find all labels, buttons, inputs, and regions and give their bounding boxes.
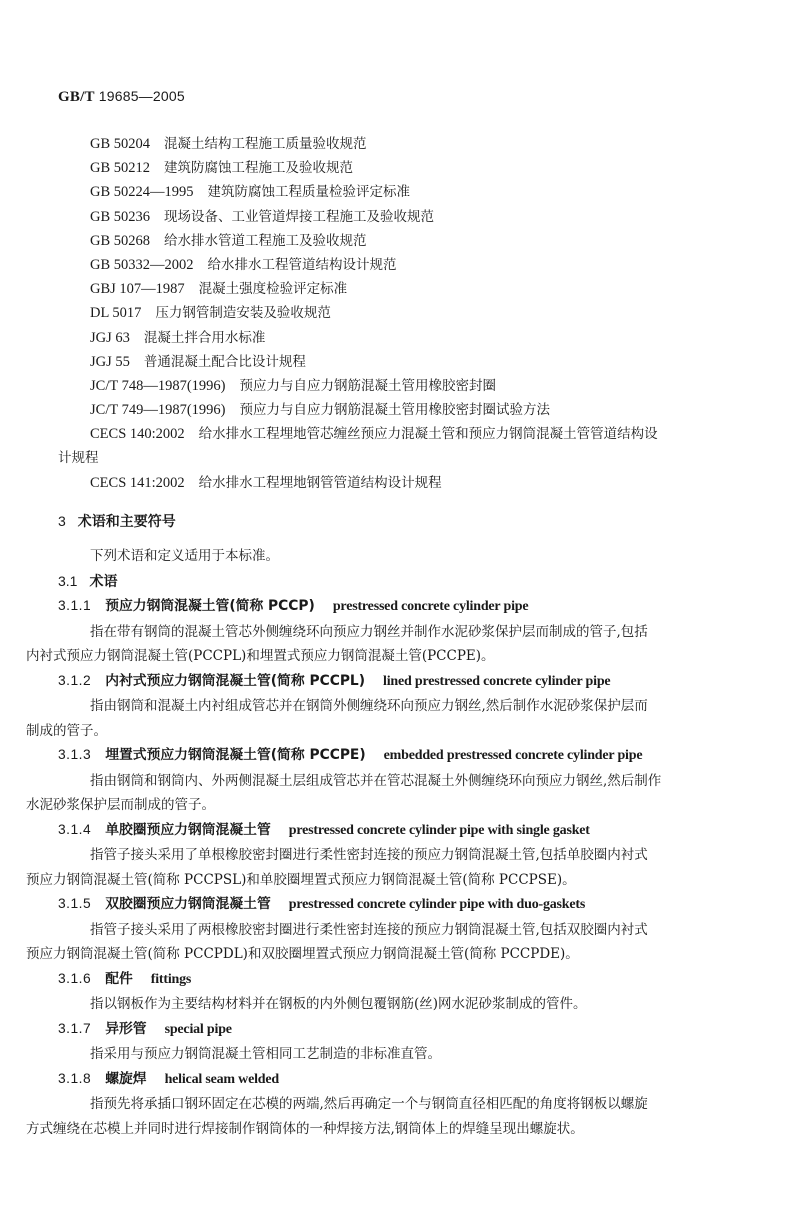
reference-item: GBJ 107—1987混凝土强度检验评定标准	[90, 277, 770, 301]
term-number: 3.1.8	[58, 1071, 91, 1086]
term-en: lined prestressed concrete cylinder pipe	[383, 674, 610, 689]
reference-item: JC/T 748—1987(1996)预应力与自应力钢筋混凝土管用橡胶密封圈	[90, 374, 770, 398]
term-heading: 3.1.4单胶圈预应力钢筒混凝土管prestressed concrete cy…	[58, 818, 758, 844]
reference-code: JGJ 63	[90, 330, 130, 346]
term-heading: 3.1.7异形管special pipe	[58, 1017, 758, 1043]
reference-item: CECS 140:2002给水排水工程埋地管芯缠丝预应力混凝土管和预应力钢筒混凝…	[90, 422, 770, 446]
term-heading: 3.1.5双胶圈预应力钢筒混凝土管prestressed concrete cy…	[58, 892, 758, 918]
term-number: 3.1.5	[58, 896, 91, 911]
reference-code: GBJ 107—1987	[90, 281, 185, 297]
reference-title: 预应力与自应力钢筋混凝土管用橡胶密封圈试验方法	[239, 402, 550, 418]
standard-prefix: GB/T	[58, 89, 95, 105]
reference-title: 建筑防腐蚀工程施工及验收规范	[164, 160, 353, 176]
term-definition: 指在带有钢筒的混凝土管芯外侧缠绕环向预应力钢丝并制作水泥砂浆保护层而制成的管子,…	[58, 620, 758, 669]
reference-title-continuation: 计规程	[58, 450, 99, 466]
term-en: special pipe	[165, 1022, 232, 1037]
term-heading: 3.1.3埋置式预应力钢筒混凝土管(简称 PCCPE)embedded pres…	[58, 743, 758, 769]
section-number: 3	[58, 513, 66, 529]
term-heading: 3.1.2内衬式预应力钢筒混凝土管(简称 PCCPL)lined prestre…	[58, 669, 758, 695]
term-number: 3.1.1	[58, 598, 91, 613]
reference-item: JGJ 63混凝土拌合用水标准	[90, 326, 770, 350]
term-zh: 螺旋焊	[105, 1071, 146, 1087]
page-header: GB/T 19685—2005	[58, 88, 185, 106]
reference-code: GB 50212	[90, 160, 150, 176]
reference-item: CECS 141:2002给水排水工程埋地钢管管道结构设计规程	[90, 471, 770, 495]
reference-title: 普通混凝土配合比设计规程	[144, 354, 306, 370]
reference-title: 混凝土强度检验评定标准	[199, 281, 348, 297]
term-heading: 3.1.1预应力钢筒混凝土管(简称 PCCP)prestressed concr…	[58, 594, 758, 620]
subsection-number: 3.1	[58, 573, 77, 589]
reference-code: JC/T 749—1987(1996)	[90, 402, 225, 418]
term-definition: 指管子接头采用了两根橡胶密封圈进行柔性密封连接的预应力钢筒混凝土管,包括双胶圈内…	[58, 918, 758, 967]
reference-code: GB 50204	[90, 136, 150, 152]
term-number: 3.1.4	[58, 822, 91, 837]
reference-item: JGJ 55普通混凝土配合比设计规程	[90, 350, 770, 374]
reference-code: GB 50332—2002	[90, 257, 194, 273]
term-zh: 内衬式预应力钢筒混凝土管(简称 PCCPL)	[105, 673, 365, 689]
reference-code: DL 5017	[90, 305, 141, 321]
reference-item: GB 50204混凝土结构工程施工质量验收规范	[90, 132, 770, 156]
term-number: 3.1.7	[58, 1021, 91, 1036]
reference-title: 建筑防腐蚀工程质量检验评定标准	[208, 184, 411, 200]
subsection-heading: 3.1术语	[58, 569, 758, 595]
reference-item-continuation: 计规程	[58, 446, 770, 470]
term-en: prestressed concrete cylinder pipe	[333, 599, 529, 614]
term-zh: 异形管	[105, 1021, 146, 1037]
term-number: 3.1.2	[58, 673, 91, 688]
term-definition: 指预先将承插口钢环固定在芯模的两端,然后再确定一个与钢筒直径相匹配的角度将钢板以…	[58, 1092, 758, 1141]
reference-code: CECS 140:2002	[90, 426, 185, 442]
section-heading: 3术语和主要符号	[58, 511, 758, 531]
term-zh: 配件	[105, 971, 133, 987]
subsection-title: 术语	[89, 574, 117, 590]
reference-title: 给水排水工程埋地管芯缠丝预应力混凝土管和预应力钢筒混凝土管管道结构设	[199, 426, 658, 442]
section-body: 下列术语和定义适用于本标准。 3.1术语 3.1.1预应力钢筒混凝土管(简称 P…	[58, 544, 758, 1141]
reference-title: 给水排水工程管道结构设计规范	[208, 257, 397, 273]
reference-item: DL 5017压力钢管制造安装及验收规范	[90, 301, 770, 325]
term-number: 3.1.6	[58, 971, 91, 986]
term-definition: 指采用与预应力钢筒混凝土管相同工艺制造的非标准直管。	[58, 1042, 758, 1067]
reference-item: GB 50224—1995建筑防腐蚀工程质量检验评定标准	[90, 180, 770, 204]
term-en: prestressed concrete cylinder pipe with …	[289, 823, 590, 838]
term-en: helical seam welded	[165, 1072, 279, 1087]
reference-item: GB 50236现场设备、工业管道焊接工程施工及验收规范	[90, 205, 770, 229]
term-definition: 指由钢筒和钢筒内、外两侧混凝土层组成管芯并在管芯混凝土外侧缠绕环向预应力钢丝,然…	[58, 769, 758, 818]
section-intro: 下列术语和定义适用于本标准。	[58, 544, 758, 569]
term-definition: 指管子接头采用了单根橡胶密封圈进行柔性密封连接的预应力钢筒混凝土管,包括单胶圈内…	[58, 843, 758, 892]
reference-item: JC/T 749—1987(1996)预应力与自应力钢筋混凝土管用橡胶密封圈试验…	[90, 398, 770, 422]
term-heading: 3.1.8螺旋焊helical seam welded	[58, 1067, 758, 1093]
reference-item: GB 50268给水排水管道工程施工及验收规范	[90, 229, 770, 253]
reference-code: JGJ 55	[90, 354, 130, 370]
reference-list: GB 50204混凝土结构工程施工质量验收规范 GB 50212建筑防腐蚀工程施…	[90, 132, 770, 495]
term-zh: 单胶圈预应力钢筒混凝土管	[105, 822, 271, 838]
term-definition: 指由钢筒和混凝土内衬组成管芯并在钢筒外侧缠绕环向预应力钢丝,然后制作水泥砂浆保护…	[58, 694, 758, 743]
term-en: prestressed concrete cylinder pipe with …	[289, 897, 585, 912]
term-definition: 指以钢板作为主要结构材料并在钢板的内外侧包覆钢筋(丝)网水泥砂浆制成的管件。	[58, 992, 758, 1017]
reference-title: 给水排水工程埋地钢管管道结构设计规程	[199, 475, 442, 491]
reference-title: 给水排水管道工程施工及验收规范	[164, 233, 367, 249]
reference-item: GB 50332—2002给水排水工程管道结构设计规范	[90, 253, 770, 277]
reference-title: 现场设备、工业管道焊接工程施工及验收规范	[164, 209, 434, 225]
reference-item: GB 50212建筑防腐蚀工程施工及验收规范	[90, 156, 770, 180]
reference-code: CECS 141:2002	[90, 475, 185, 491]
term-en: fittings	[151, 972, 191, 987]
standard-number: 19685—2005	[99, 88, 185, 104]
term-heading: 3.1.6配件fittings	[58, 967, 758, 993]
term-number: 3.1.3	[58, 747, 91, 762]
reference-code: GB 50224—1995	[90, 184, 194, 200]
reference-code: GB 50236	[90, 209, 150, 225]
term-en: embedded prestressed concrete cylinder p…	[384, 748, 643, 763]
term-zh: 双胶圈预应力钢筒混凝土管	[105, 896, 271, 912]
reference-title: 预应力与自应力钢筋混凝土管用橡胶密封圈	[239, 378, 496, 394]
section-title: 术语和主要符号	[78, 514, 176, 530]
reference-title: 压力钢管制造安装及验收规范	[155, 305, 331, 321]
term-zh: 预应力钢筒混凝土管(简称 PCCP)	[105, 598, 315, 614]
reference-title: 混凝土拌合用水标准	[144, 330, 266, 346]
term-zh: 埋置式预应力钢筒混凝土管(简称 PCCPE)	[105, 747, 365, 763]
reference-title: 混凝土结构工程施工质量验收规范	[164, 136, 367, 152]
reference-code: GB 50268	[90, 233, 150, 249]
reference-code: JC/T 748—1987(1996)	[90, 378, 225, 394]
